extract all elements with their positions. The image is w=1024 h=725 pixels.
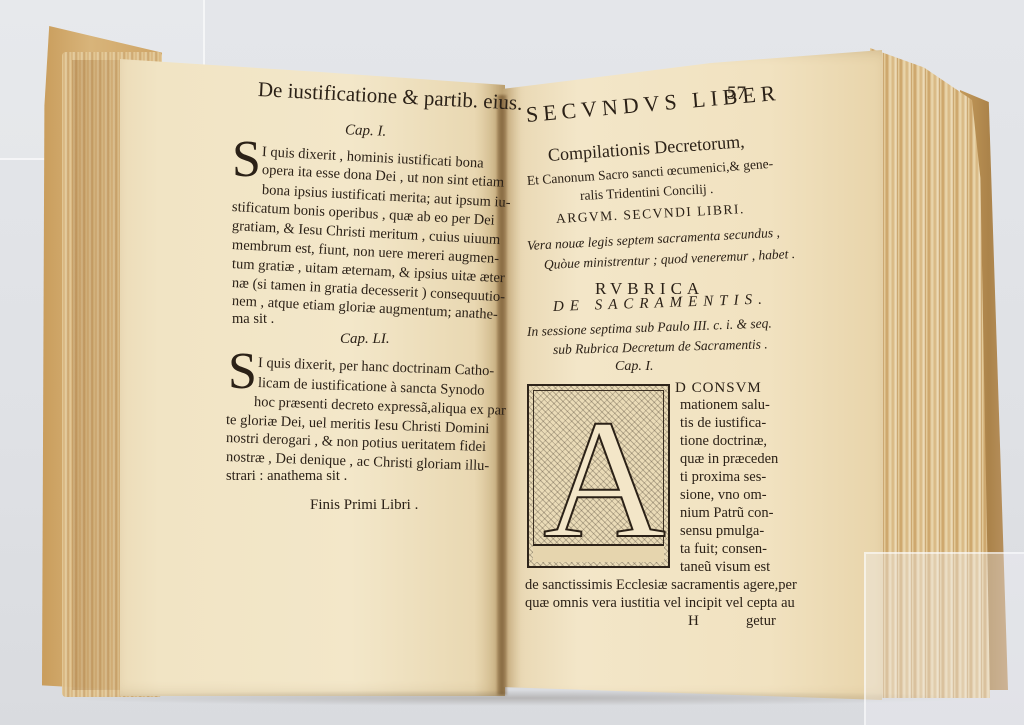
text-line: strari : anathema sit . [226, 469, 347, 484]
woodcut-base [533, 544, 664, 562]
book-photo-scene: De iustificatione & partib. eius. Cap. I… [0, 0, 1024, 725]
dropcap-s-2: S [228, 346, 257, 398]
side-line: mationem salu- [680, 398, 770, 413]
acrylic-stand-panel-right [864, 552, 1024, 725]
side-line: D CONSVM [675, 381, 762, 396]
woodcut-letter: A [543, 394, 666, 564]
catchword: getur [746, 614, 776, 629]
side-line: tione doctrinæ, [680, 434, 767, 449]
chapter-heading-right: Cap. I. [615, 360, 654, 374]
chapter-2-heading: Cap. LI. [340, 332, 390, 347]
chapter-1-heading: Cap. I. [345, 123, 387, 139]
book-shadow [60, 690, 980, 706]
side-line: nium Patrũ con- [680, 506, 773, 521]
side-line: ta fuit; consen- [680, 542, 767, 557]
full-line: quæ omnis vera iustitia vel incipit vel … [525, 596, 795, 611]
text-line: ma sit . [232, 312, 274, 327]
woodcut-initial-a: A [527, 384, 670, 568]
signature-mark: H [688, 614, 699, 629]
full-line: de sanctissimis Ecclesiæ sacramentis age… [525, 578, 797, 593]
side-line: sione, vno om- [680, 488, 767, 503]
side-line: tis de iustifica- [680, 416, 766, 431]
side-line: taneũ visum est [680, 560, 770, 575]
finis-primi-libri: Finis Primi Libri . [310, 498, 418, 513]
side-line: sensu pmulga- [680, 524, 764, 539]
side-line: ti proxima ses- [680, 470, 766, 485]
side-line: quæ in præceden [680, 452, 778, 467]
dropcap-s-1: S [232, 134, 261, 186]
